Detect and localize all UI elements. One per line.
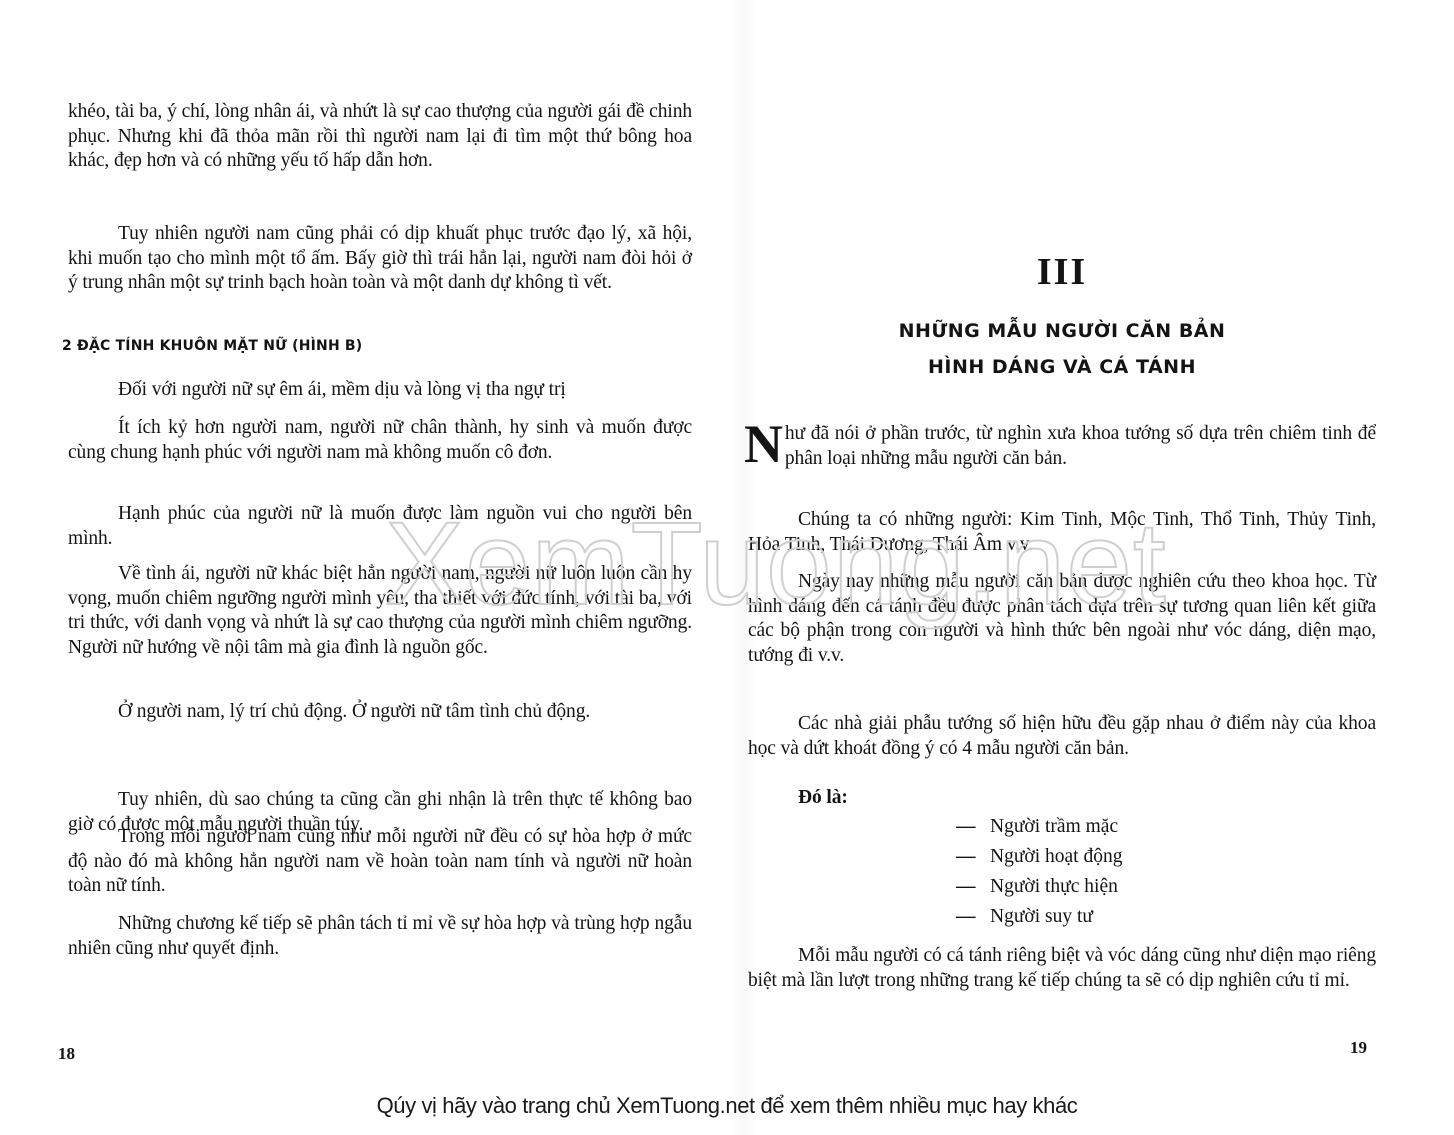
page-number: 18 bbox=[58, 1044, 75, 1064]
list-item: —Người trầm mặc bbox=[956, 812, 1122, 842]
paragraph: Như đã nói ở phần trước, từ nghìn xưa kh… bbox=[748, 422, 1376, 471]
list-item: —Người suy tư bbox=[956, 902, 1122, 932]
list-item: —Người thực hiện bbox=[956, 872, 1122, 902]
paragraph: Mỗi mẫu người có cá tánh riêng biệt và v… bbox=[748, 944, 1376, 993]
paragraph: Trong mỗi người nam cũng như mỗi người n… bbox=[68, 825, 692, 899]
paragraph: Các nhà giải phẫu tướng số hiện hữu đều … bbox=[748, 712, 1376, 761]
paragraph: Ở người nam, lý trí chủ động. Ở người nữ… bbox=[68, 700, 692, 725]
paragraph: Về tình ái, người nữ khác biệt hẳn người… bbox=[68, 562, 692, 660]
paragraph: khéo, tài ba, ý chí, lòng nhân ái, và nh… bbox=[68, 100, 692, 174]
paragraph: Đối với người nữ sự êm ái, mềm dịu và lò… bbox=[68, 378, 692, 403]
paragraph: Ít ích kỷ hơn người nam, người nữ chân t… bbox=[68, 416, 692, 465]
section-heading: 2 ĐẶC TÍNH KHUÔN MẶT NỮ (HÌNH B) bbox=[62, 338, 362, 354]
chapter-number: III bbox=[748, 250, 1376, 294]
paragraph: Hạnh phúc của người nữ là muốn được làm … bbox=[68, 502, 692, 551]
paragraph: Chúng ta có những người: Kim Tinh, Mộc T… bbox=[748, 508, 1376, 557]
list-item: —Người hoạt động bbox=[956, 842, 1122, 872]
footer-notice: Qúy vị hãy vào trang chủ XemTuong.net để… bbox=[0, 1093, 1454, 1119]
page-number: 19 bbox=[1350, 1038, 1367, 1058]
person-type-list: —Người trầm mặc —Người hoạt động —Người … bbox=[956, 812, 1122, 932]
paragraph: Tuy nhiên người nam cũng phải có dịp khu… bbox=[68, 222, 692, 296]
drop-cap: N bbox=[744, 424, 783, 464]
paragraph: Ngày nay những mẫu người căn bản được ng… bbox=[748, 570, 1376, 668]
paragraph: Những chương kế tiếp sẽ phân tách tỉ mỉ … bbox=[68, 912, 692, 961]
chapter-title-line2: HÌNH DÁNG VÀ CÁ TÁNH bbox=[748, 356, 1376, 378]
list-intro: Đó là: bbox=[748, 786, 1376, 811]
chapter-title-line1: NHỮNG MẪU NGƯỜI CĂN BẢN bbox=[748, 320, 1376, 342]
